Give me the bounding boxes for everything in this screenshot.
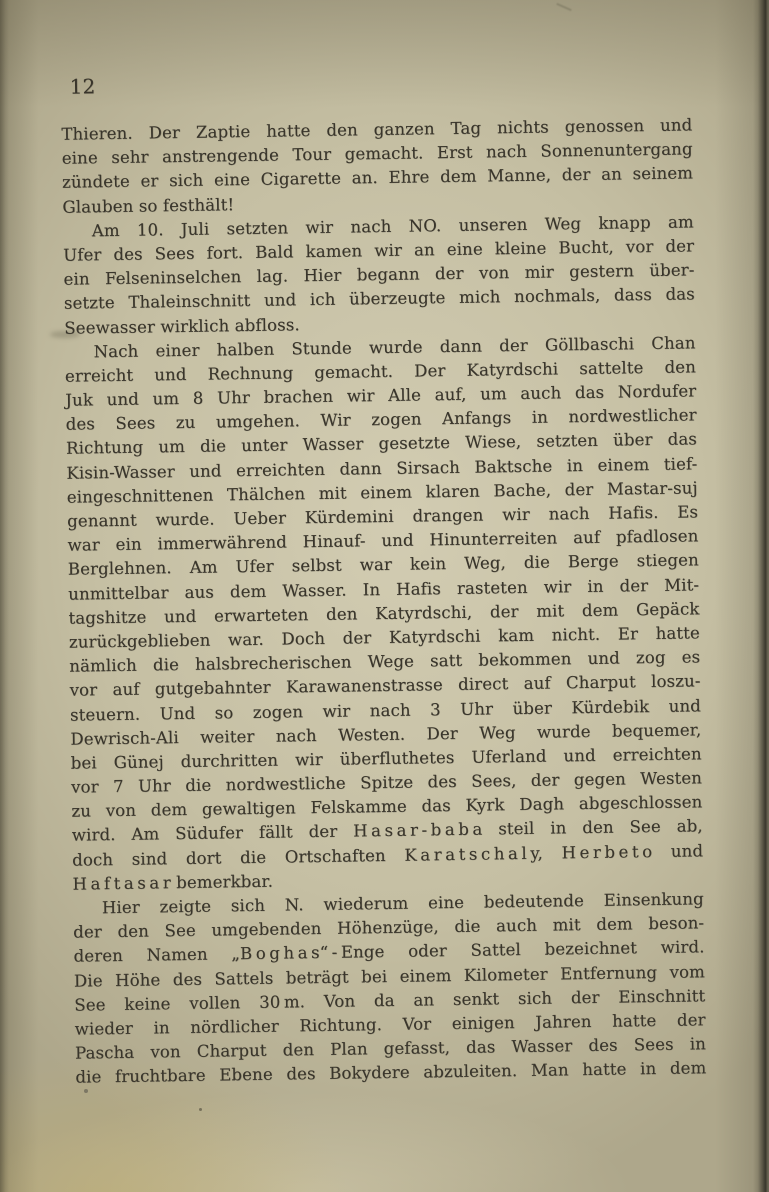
paragraphs-container: Thieren. Der Zaptie hatte den ganzen Tag… (61, 113, 706, 1090)
page-right-edge-shadow (753, 0, 769, 1192)
page-number: 12 (70, 65, 692, 98)
paragraph: Hier zeigte sich N. wiederum eine bedeut… (73, 887, 707, 1090)
paragraph: Thieren. Der Zaptie hatte den ganzen Tag… (61, 113, 693, 219)
paper-speck (199, 1108, 202, 1111)
book-page: 12 Thieren. Der Zaptie hatte den ganzen … (0, 0, 769, 1192)
page-left-edge-shadow (0, 0, 9, 1192)
text-block: 12 Thieren. Der Zaptie hatte den ganzen … (61, 65, 707, 1090)
paragraph: Am 10. Juli setzten wir nach NO. unseren… (63, 210, 696, 340)
paper-speck (556, 3, 571, 11)
paragraph: Nach einer halben Stunde wurde dann der … (64, 331, 703, 897)
